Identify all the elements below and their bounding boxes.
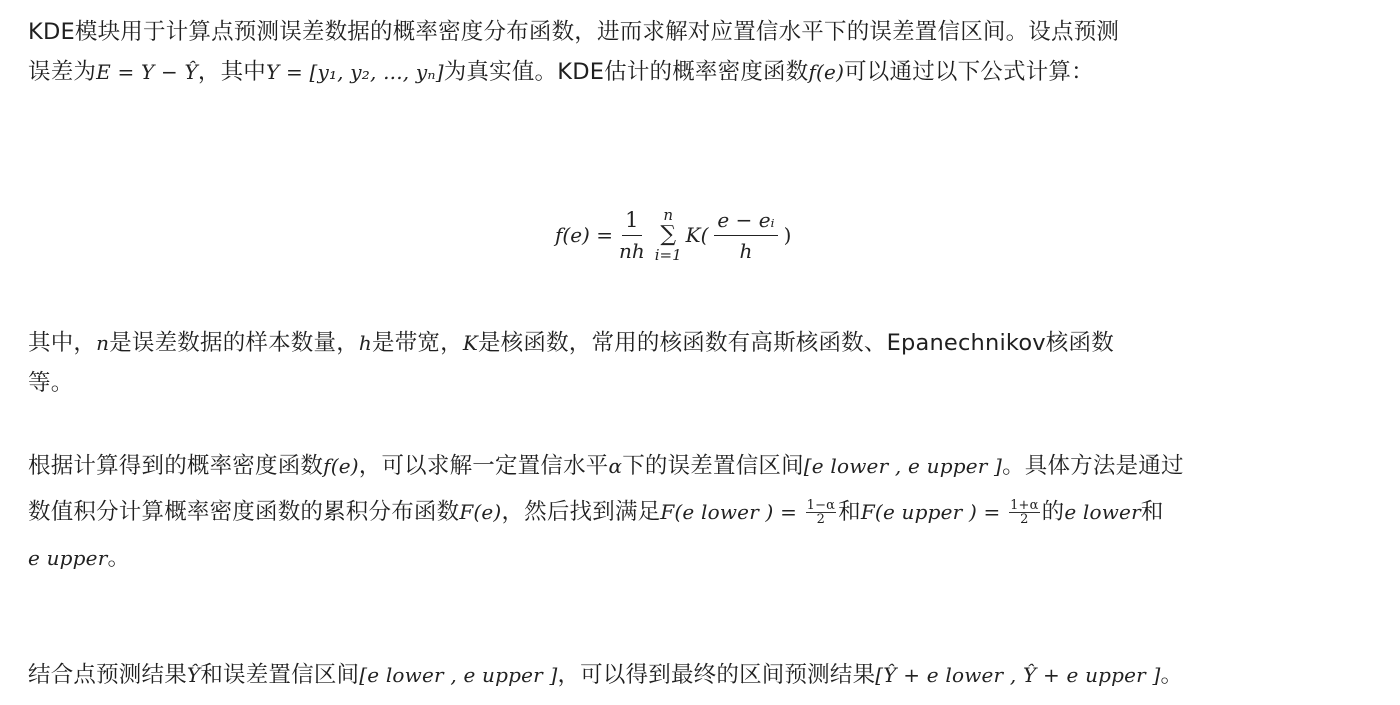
text: ，可以得到最终的区间预测结果	[557, 662, 875, 688]
text: 的	[1042, 499, 1065, 525]
text: 结合点预测结果	[28, 662, 187, 688]
formula-fraction: 1 nh	[619, 205, 645, 266]
close-paren: )	[784, 223, 792, 247]
fraction-denominator: 2	[817, 513, 825, 526]
kernel-numerator: e − eᵢ	[714, 205, 777, 236]
text: 是误差数据的样本数量，	[109, 330, 359, 356]
fraction-denominator: 2	[1020, 513, 1028, 526]
kernel-function: K(	[686, 223, 709, 247]
math-interval: [e lower , e upper ]	[359, 663, 557, 687]
paragraph-3-line-3: e upper。	[28, 540, 130, 572]
math-true-values: Y = [y₁, y₂, ..., yₙ]	[266, 60, 444, 84]
sigma-icon: ∑	[660, 224, 676, 246]
math-h: h	[359, 331, 372, 355]
paragraph-1-line-2: 误差为E = Y − Ŷ，其中Y = [y₁, y₂, ..., yₙ]为真实值…	[28, 54, 1094, 86]
kernel-denominator: h	[740, 236, 753, 266]
text: 和	[838, 499, 861, 525]
math-Fe: F(e)	[459, 500, 501, 524]
text: ，可以求解一定置信水平	[359, 453, 609, 479]
paragraph-2-line-1: 其中，n是误差数据的样本数量，h是带宽，K是核函数，常用的核函数有高斯核函数、E…	[28, 325, 1114, 357]
paragraph-1-line-1: KDE模块用于计算点预测误差数据的概率密度分布函数，进而求解对应置信水平下的误差…	[28, 14, 1119, 46]
text: 是带宽，	[372, 330, 463, 356]
paragraph-3-line-1: 根据计算得到的概率密度函数f(e)，可以求解一定置信水平α下的误差置信区间[e …	[28, 448, 1184, 480]
text: ，其中	[198, 59, 266, 85]
fraction-numerator: 1	[622, 205, 641, 236]
math-interval: [e lower , e upper ]	[804, 454, 1002, 478]
kde-formula: f(e) = 1 nh n ∑ i=1 K( e − eᵢ h )	[555, 195, 791, 275]
text: 等。	[28, 370, 73, 396]
text: ，然后找到满足	[501, 499, 660, 525]
fraction-lower: 1−α2	[806, 499, 837, 526]
text: 。具体方法是通过	[1002, 453, 1184, 479]
math-result-interval: [Ŷ + e lower , Ŷ + e upper ]	[875, 663, 1160, 687]
text: 。	[107, 545, 130, 571]
math-fe: f(e)	[808, 60, 844, 84]
text: 是核函数，常用的核函数有高斯核函数、Epanechnikov核函数	[478, 330, 1114, 356]
text: KDE模块用于计算点预测误差数据的概率密度分布函数，进而求解对应置信水平下的误差…	[28, 19, 1119, 45]
text: 和误差置信区间	[200, 662, 359, 688]
text: 。	[1161, 662, 1184, 688]
fraction-upper: 1+α2	[1009, 499, 1040, 526]
text: 和	[1141, 499, 1164, 525]
math-e-upper: e upper	[28, 546, 107, 570]
kernel-fraction: e − eᵢ h	[714, 205, 777, 266]
math-yhat: Ŷ	[187, 663, 200, 687]
fraction-numerator: 1+α	[1009, 499, 1040, 513]
paragraph-2-line-2: 等。	[28, 365, 73, 397]
fraction-denominator: nh	[619, 236, 645, 266]
text: 其中，	[28, 330, 96, 356]
paragraph-3-line-2: 数值积分计算概率密度函数的累积分布函数F(e)，然后找到满足F(e lower …	[28, 494, 1164, 526]
text: 可以通过以下公式计算：	[844, 59, 1094, 85]
text: 误差为	[28, 59, 96, 85]
text: 为真实值。KDE估计的概率密度函数	[444, 59, 809, 85]
math-n: n	[96, 331, 109, 355]
formula-lhs: f(e) =	[555, 223, 613, 247]
math-error-definition: E = Y − Ŷ	[96, 60, 198, 84]
text: 下的误差置信区间	[622, 453, 804, 479]
sum-lower-limit: i=1	[655, 246, 682, 264]
text: 数值积分计算概率密度函数的累积分布函数	[28, 499, 459, 525]
math-cond-lower: F(e lower ) =	[660, 500, 803, 524]
math-fe: f(e)	[323, 454, 359, 478]
math-e-lower: e lower	[1064, 500, 1141, 524]
summation: n ∑ i=1	[655, 206, 682, 264]
math-K: K	[463, 331, 478, 355]
paragraph-4: 结合点预测结果Ŷ和误差置信区间[e lower , e upper ]，可以得到…	[28, 657, 1183, 689]
fraction-numerator: 1−α	[806, 499, 837, 513]
math-cond-upper: F(e upper ) =	[861, 500, 1007, 524]
text: 根据计算得到的概率密度函数	[28, 453, 323, 479]
math-alpha: α	[608, 454, 622, 478]
